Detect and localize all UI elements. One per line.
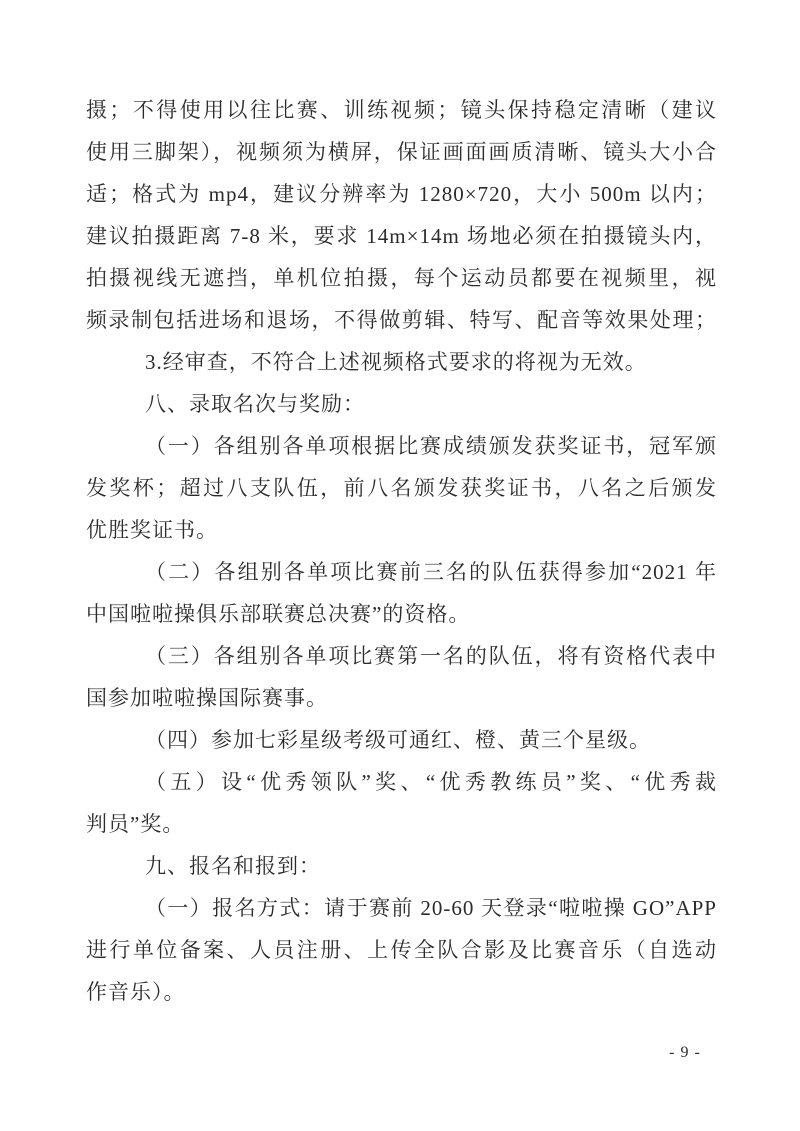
text-line: （三）各组别各单项比赛第一名的队伍，将有资格代表中 xyxy=(86,635,717,677)
text-line: 国参加啦啦操国际赛事。 xyxy=(86,677,717,719)
text-line: （一）报名方式：请于赛前 20-60 天登录“啦啦操 GO”APP xyxy=(86,887,717,929)
text-line: 九、报名和报到： xyxy=(86,845,717,887)
text-line: 发奖杯；超过八支队伍，前八名颁发获奖证书，八名之后颁发 xyxy=(86,467,717,509)
text-line: （四）参加七彩星级考级可通红、橙、黄三个星级。 xyxy=(86,719,717,761)
text-line: 使用三脚架），视频须为横屏，保证画面画质清晰、镜头大小合 xyxy=(86,131,717,173)
text-line: 判员”奖。 xyxy=(86,803,717,845)
page-number: - 9 - xyxy=(640,1042,730,1064)
text-line: 中国啦啦操俱乐部联赛总决赛”的资格。 xyxy=(86,593,717,635)
text-line: 摄；不得使用以往比赛、训练视频；镜头保持稳定清晰（建议 xyxy=(86,89,717,131)
document-page: 摄；不得使用以往比赛、训练视频；镜头保持稳定清晰（建议使用三脚架），视频须为横屏… xyxy=(0,0,800,1131)
text-line: 频录制包括进场和退场，不得做剪辑、特写、配音等效果处理； xyxy=(86,299,717,341)
text-line: 建议拍摄距离 7-8 米，要求 14m×14m 场地必须在拍摄镜头内， xyxy=(86,215,717,257)
text-line: 拍摄视线无遮挡，单机位拍摄，每个运动员都要在视频里，视 xyxy=(86,257,717,299)
text-line: 作音乐）。 xyxy=(86,971,717,1013)
text-line: （五）设“优秀领队”奖、“优秀教练员”奖、“优秀裁 xyxy=(86,761,717,803)
text-line: （二）各组别各单项比赛前三名的队伍获得参加“2021 年 xyxy=(86,551,717,593)
text-line: 进行单位备案、人员注册、上传全队合影及比赛音乐（自选动 xyxy=(86,929,717,971)
text-line: 优胜奖证书。 xyxy=(86,509,717,551)
text-line: 适；格式为 mp4，建议分辨率为 1280×720，大小 500m 以内； xyxy=(86,173,717,215)
text-line: 八、录取名次与奖励： xyxy=(86,383,717,425)
document-body: 摄；不得使用以往比赛、训练视频；镜头保持稳定清晰（建议使用三脚架），视频须为横屏… xyxy=(86,89,717,1013)
text-line: 3.经审查，不符合上述视频格式要求的将视为无效。 xyxy=(86,341,717,383)
text-line: （一）各组别各单项根据比赛成绩颁发获奖证书，冠军颁 xyxy=(86,425,717,467)
